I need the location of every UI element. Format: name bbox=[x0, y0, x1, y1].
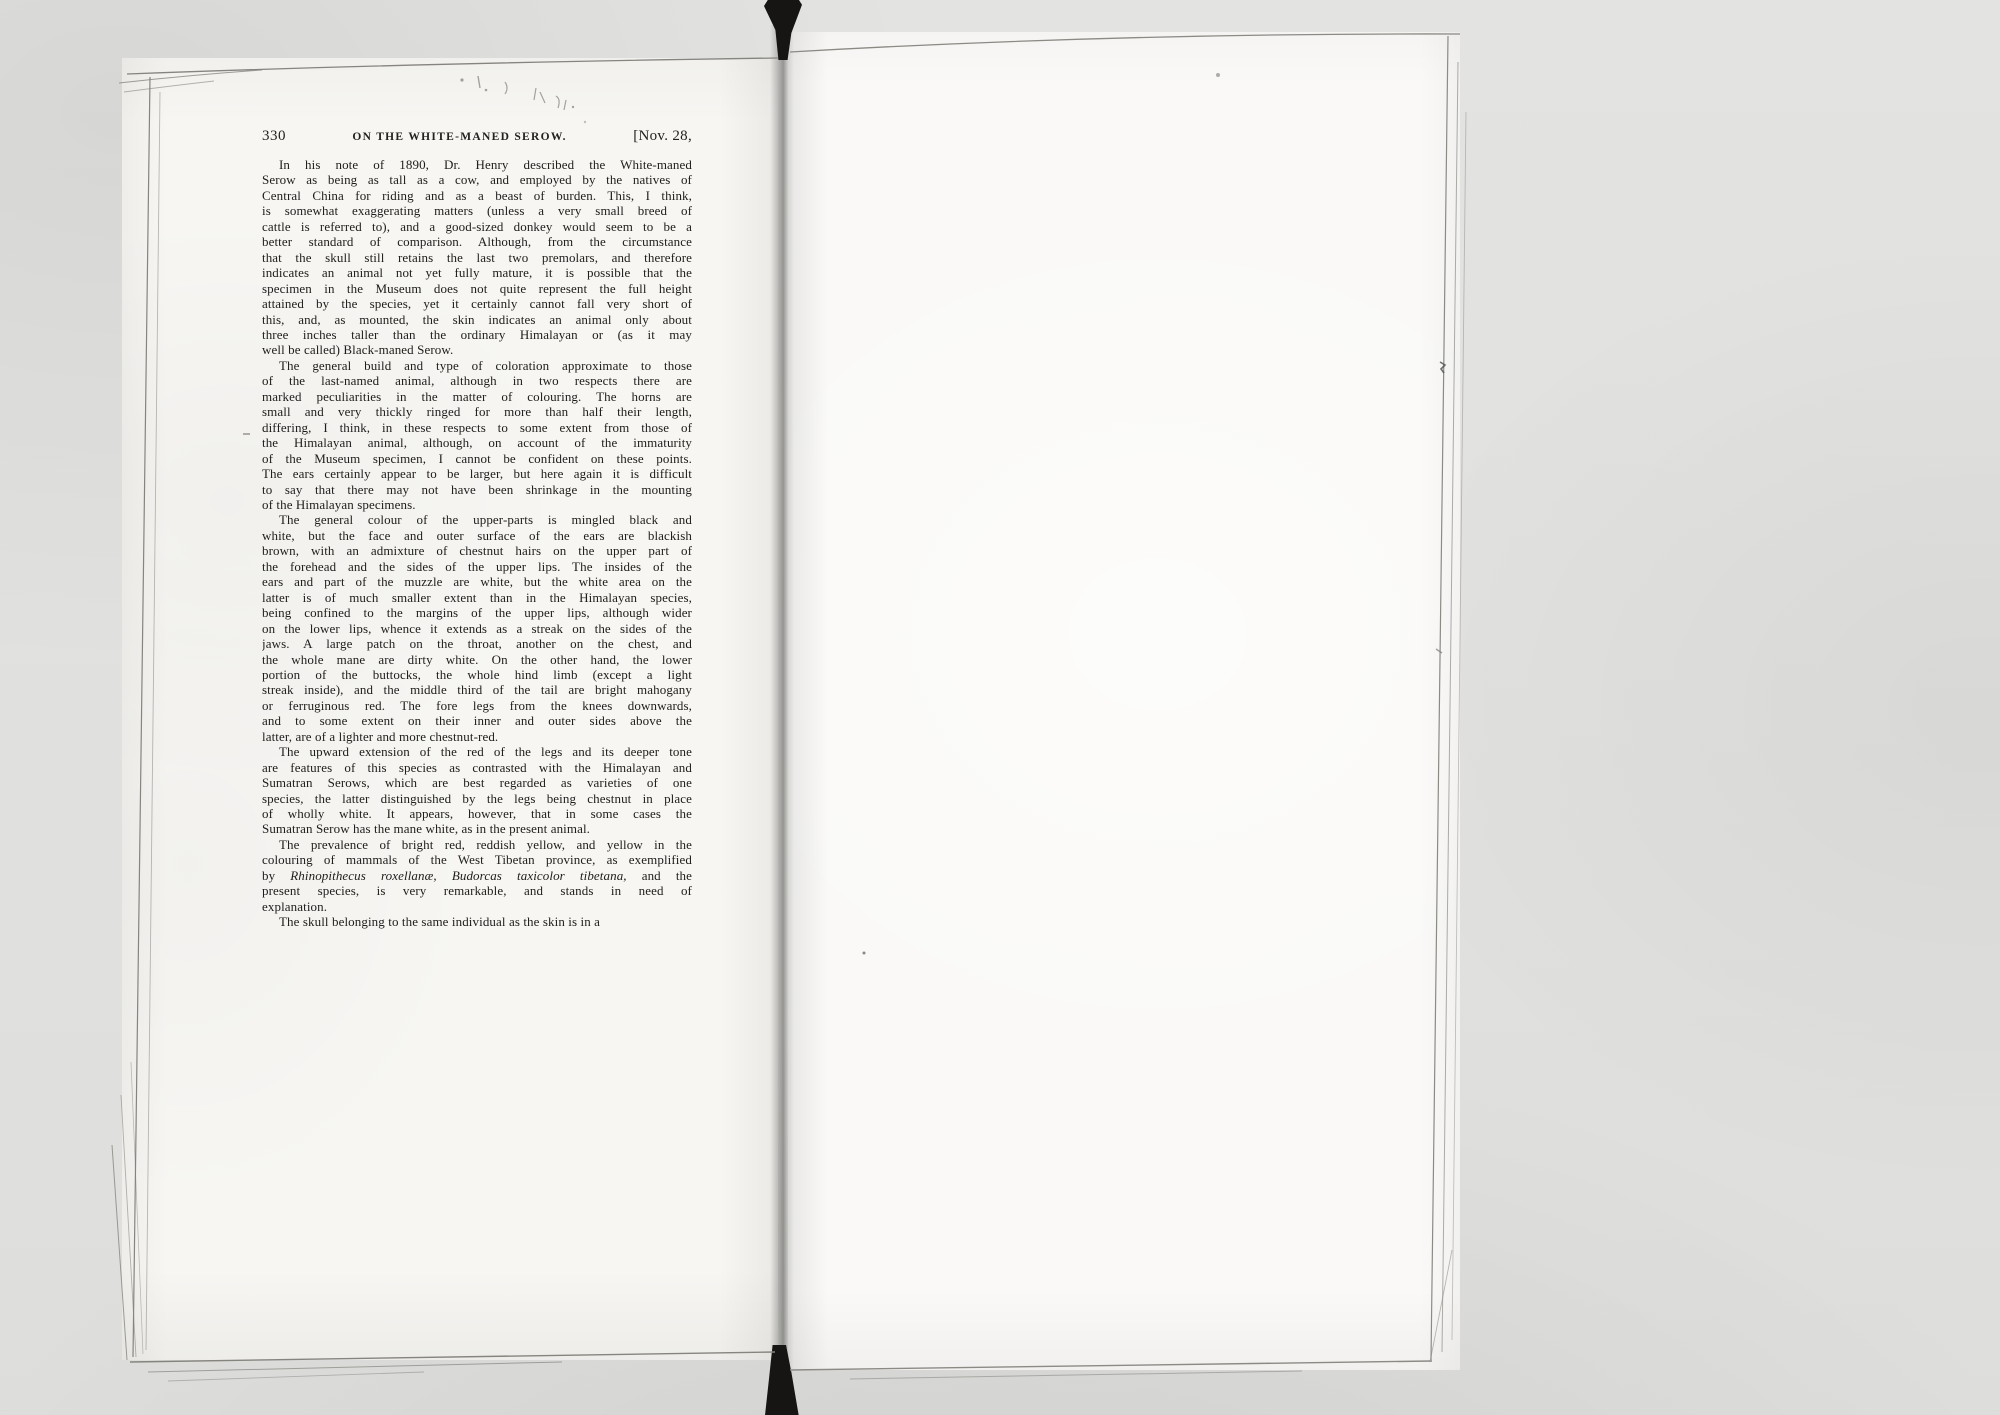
text-line: of the Himalayan specimens. bbox=[262, 497, 692, 512]
text-line: explanation. bbox=[262, 899, 692, 914]
text-line: marked peculiarities in the matter of co… bbox=[262, 389, 692, 404]
page-header: 330 ON THE WHITE-MANED SEROW. [Nov. 28, bbox=[262, 128, 692, 148]
text-line: cattle is referred to), and a good-sized… bbox=[262, 219, 692, 234]
text-line: well be called) Black-maned Serow. bbox=[262, 342, 692, 357]
text-line: The skull belonging to the same individu… bbox=[262, 914, 692, 929]
text-line: specimen in the Museum does not quite re… bbox=[262, 281, 692, 296]
right-page-edges bbox=[790, 34, 1466, 1379]
text-line: differing, I think, in these respects to… bbox=[262, 420, 692, 435]
text-line: The general build and type of coloration… bbox=[262, 358, 692, 373]
text-line: the forehead and the sides of the upper … bbox=[262, 559, 692, 574]
text-line: of the Museum specimen, I cannot be conf… bbox=[262, 451, 692, 466]
text-line: Central China for riding and as a beast … bbox=[262, 188, 692, 203]
text-block: In his note of 1890, Dr. Henry described… bbox=[262, 157, 692, 930]
text-line: to say that there may not have been shri… bbox=[262, 482, 692, 497]
text-line: Sumatran Serows, which are best regarded… bbox=[262, 775, 692, 790]
text-line: latter is of much smaller extent than in… bbox=[262, 590, 692, 605]
text-line: better standard of comparison. Although,… bbox=[262, 234, 692, 249]
species-name-italic: Budorcas taxicolor tibetana, bbox=[452, 868, 627, 883]
text-line: being confined to the margins of the upp… bbox=[262, 605, 692, 620]
scanned-book-spread: 330 ON THE WHITE-MANED SEROW. [Nov. 28, … bbox=[0, 0, 2000, 1415]
text-line: streak inside), and the middle third of … bbox=[262, 682, 692, 697]
text-line: are features of this species as contrast… bbox=[262, 760, 692, 775]
text-line: colouring of mammals of the West Tibetan… bbox=[262, 852, 692, 867]
text-line: of wholly white. It appears, however, th… bbox=[262, 806, 692, 821]
text-line: portion of the buttocks, the whole hind … bbox=[262, 667, 692, 682]
text-line: ears and part of the muzzle are white, b… bbox=[262, 574, 692, 589]
text-line: this, and, as mounted, the skin indicate… bbox=[262, 312, 692, 327]
text-line: The ears certainly appear to be larger, … bbox=[262, 466, 692, 481]
text-line: and to some extent on their inner and ou… bbox=[262, 713, 692, 728]
text-line: the Himalayan animal, although, on accou… bbox=[262, 435, 692, 450]
text-line: brown, with an admixture of chestnut hai… bbox=[262, 543, 692, 558]
text-line: small and very thickly ringed for more t… bbox=[262, 404, 692, 419]
text-line: Serow as being as tall as a cow, and emp… bbox=[262, 172, 692, 187]
text-line: The prevalence of bright red, reddish ye… bbox=[262, 837, 692, 852]
text-line: is somewhat exaggerating matters (unless… bbox=[262, 203, 692, 218]
text-line: Sumatran Serow has the mane white, as in… bbox=[262, 821, 692, 836]
text-line: indicates an animal not yet fully mature… bbox=[262, 265, 692, 280]
text-line: jaws. A large patch on the throat, anoth… bbox=[262, 636, 692, 651]
text-line: The upward extension of the red of the l… bbox=[262, 744, 692, 759]
running-title: ON THE WHITE-MANED SEROW. bbox=[286, 131, 633, 143]
text-line: species, the latter distinguished by the… bbox=[262, 791, 692, 806]
date-header: [Nov. 28, bbox=[633, 128, 692, 145]
text-line: three inches taller than the ordinary Hi… bbox=[262, 327, 692, 342]
text-line: The general colour of the upper-parts is… bbox=[262, 512, 692, 527]
species-name-italic: Rhinopithecus roxellanæ, bbox=[290, 868, 437, 883]
text-line: white, but the face and outer surface of… bbox=[262, 528, 692, 543]
text-line: In his note of 1890, Dr. Henry described… bbox=[262, 157, 692, 172]
text-line: present species, is very remarkable, and… bbox=[262, 883, 692, 898]
text-line: on the lower lips, whence it extends as … bbox=[262, 621, 692, 636]
text-line: or ferruginous red. The fore legs from t… bbox=[262, 698, 692, 713]
page-number: 330 bbox=[262, 128, 286, 145]
text-line: latter, are of a lighter and more chestn… bbox=[262, 729, 692, 744]
text-line: the whole mane are dirty white. On the o… bbox=[262, 652, 692, 667]
text-line: attained by the species, yet it certainl… bbox=[262, 296, 692, 311]
text-line: of the last-named animal, although in tw… bbox=[262, 373, 692, 388]
text-line: by Rhinopithecus roxellanæ, Budorcas tax… bbox=[262, 868, 692, 883]
pencil-marks bbox=[460, 76, 574, 110]
text-line: that the skull still retains the last tw… bbox=[262, 250, 692, 265]
